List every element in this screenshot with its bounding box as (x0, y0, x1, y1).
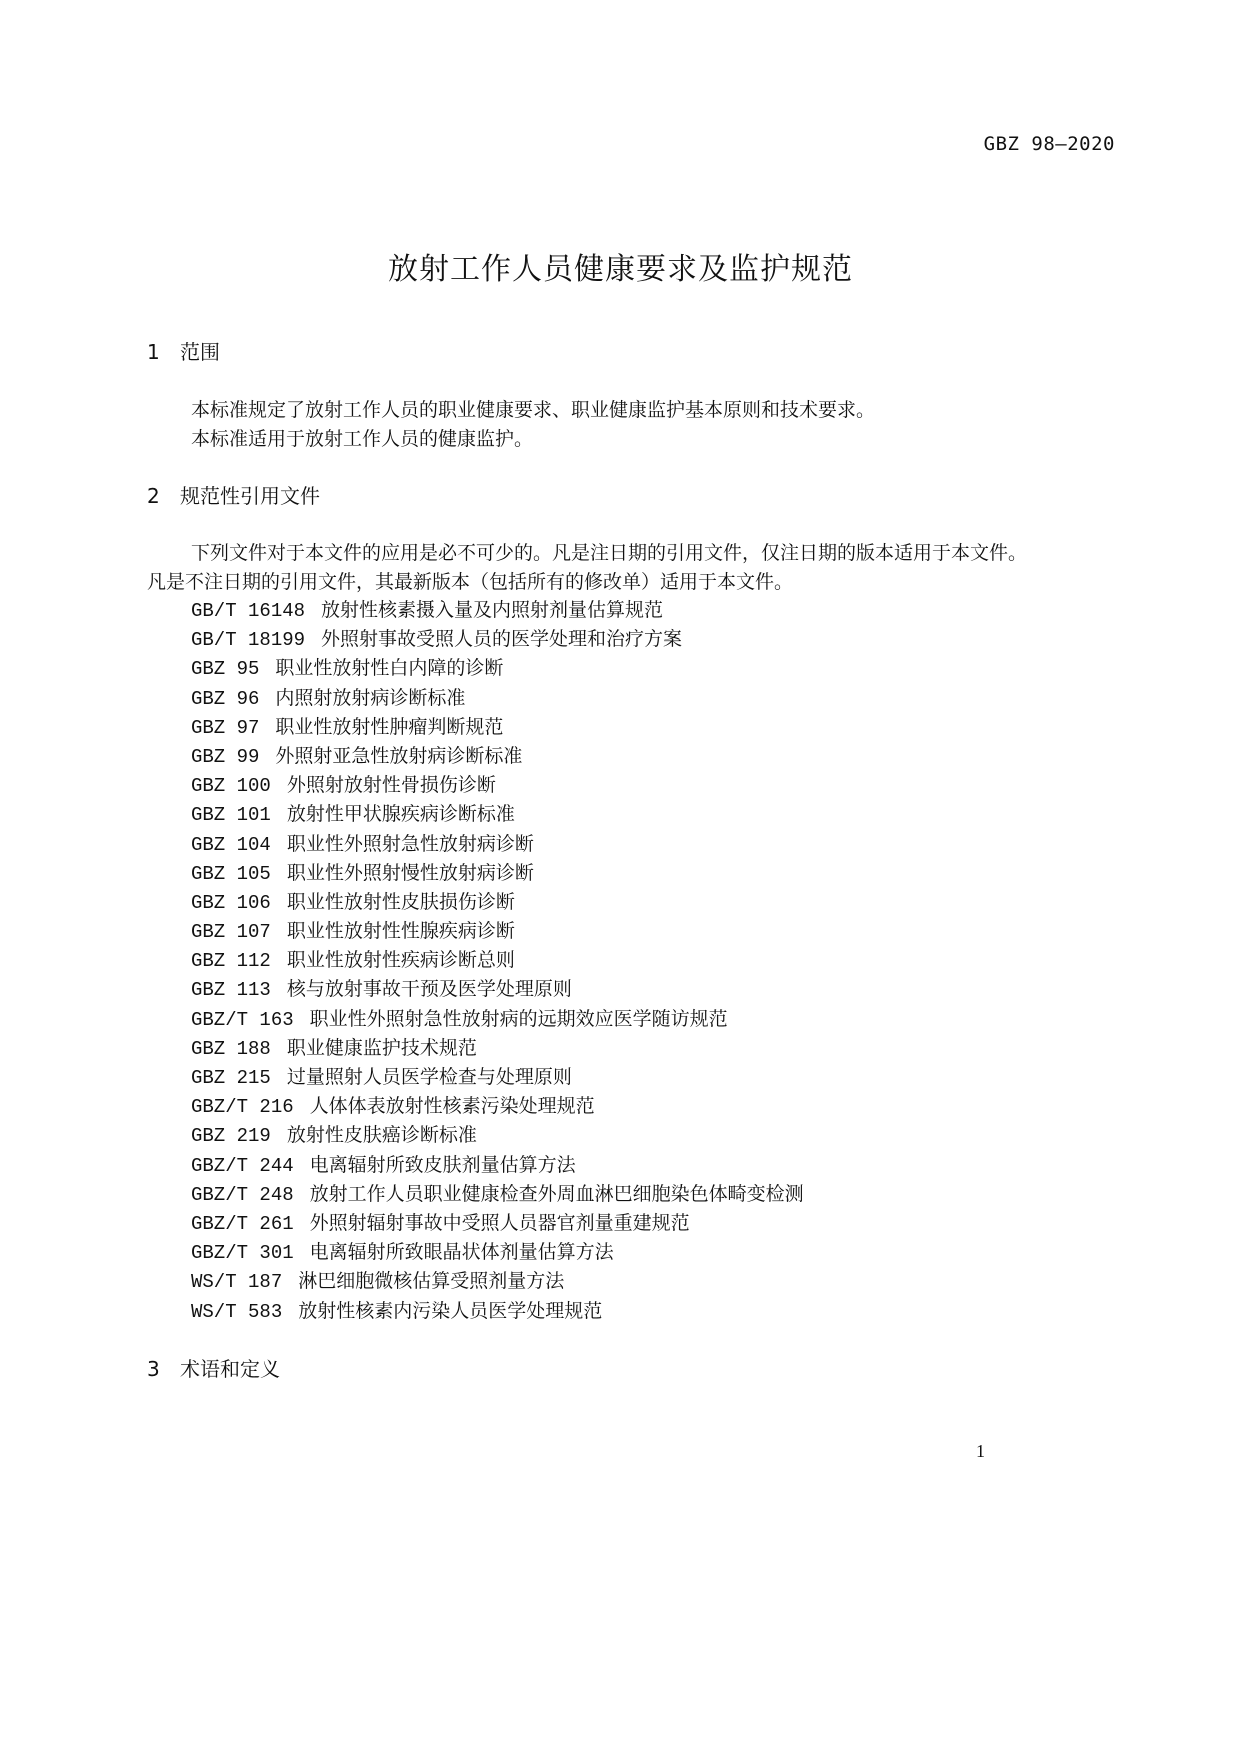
section-number: 3 (147, 1357, 180, 1381)
reference-item: GBZ 95职业性放射性白内障的诊断 (191, 654, 804, 683)
page-number: 1 (976, 1441, 985, 1462)
reference-title: 放射性核素内污染人员医学处理规范 (298, 1300, 602, 1322)
reference-code: WS/T 187 (191, 1271, 282, 1293)
reference-code: GBZ/T 163 (191, 1009, 294, 1031)
reference-code: WS/T 583 (191, 1301, 282, 1323)
document-title: 放射工作人员健康要求及监护规范 (0, 244, 1241, 288)
reference-code: GBZ 97 (191, 717, 259, 739)
reference-item: GBZ/T 261外照射辐射事故中受照人员器官剂量重建规范 (191, 1209, 804, 1238)
reference-code: GBZ/T 301 (191, 1242, 294, 1264)
reference-title: 职业性外照射急性放射病的远期效应医学随访规范 (310, 1008, 728, 1030)
reference-title: 职业性放射性肿瘤判断规范 (275, 716, 503, 738)
reference-title: 电离辐射所致皮肤剂量估算方法 (310, 1154, 576, 1176)
section-3-heading: 3术语和定义 (147, 1353, 280, 1382)
reference-code: GBZ/T 248 (191, 1184, 294, 1206)
reference-item: GBZ 96内照射放射病诊断标准 (191, 684, 804, 713)
reference-title: 职业健康监护技术规范 (287, 1037, 477, 1059)
reference-title: 职业性放射性性腺疾病诊断 (287, 920, 515, 942)
reference-code: GBZ 215 (191, 1067, 271, 1089)
reference-item: GBZ 97职业性放射性肿瘤判断规范 (191, 713, 804, 742)
reference-item: GB/T 16148放射性核素摄入量及内照射剂量估算规范 (191, 596, 804, 625)
reference-code: GBZ/T 216 (191, 1096, 294, 1118)
section-1-heading: 1范围 (147, 336, 220, 365)
reference-code: GBZ 105 (191, 863, 271, 885)
reference-code: GBZ 113 (191, 979, 271, 1001)
reference-title: 职业性放射性白内障的诊断 (275, 657, 503, 679)
reference-title: 外照射辐射事故中受照人员器官剂量重建规范 (310, 1212, 690, 1234)
reference-title: 内照射放射病诊断标准 (275, 687, 465, 709)
reference-item: GBZ/T 163职业性外照射急性放射病的远期效应医学随访规范 (191, 1005, 804, 1034)
reference-title: 过量照射人员医学检查与处理原则 (287, 1066, 572, 1088)
reference-title: 淋巴细胞微核估算受照剂量方法 (298, 1270, 564, 1292)
reference-item: GBZ 100外照射放射性骨损伤诊断 (191, 771, 804, 800)
reference-code: GBZ 107 (191, 921, 271, 943)
standard-code: GBZ 98—2020 (984, 133, 1115, 155)
section-1-paragraph-1: 本标准规定了放射工作人员的职业健康要求、职业健康监护基本原则和技术要求。 (191, 395, 875, 422)
reference-title: 职业性放射性疾病诊断总则 (287, 949, 515, 971)
reference-item: WS/T 583放射性核素内污染人员医学处理规范 (191, 1297, 804, 1326)
reference-title: 放射性核素摄入量及内照射剂量估算规范 (321, 599, 663, 621)
reference-code: GBZ 96 (191, 688, 259, 710)
section-2-paragraph-line-1: 下列文件对于本文件的应用是必不可少的。凡是注日期的引用文件，仅注日期的版本适用于… (191, 538, 1027, 565)
reference-item: GBZ 215过量照射人员医学检查与处理原则 (191, 1063, 804, 1092)
reference-code: GBZ 101 (191, 804, 271, 826)
reference-code: GBZ 219 (191, 1125, 271, 1147)
reference-title: 电离辐射所致眼晶状体剂量估算方法 (310, 1241, 614, 1263)
reference-title: 外照射事故受照人员的医学处理和治疗方案 (321, 628, 682, 650)
reference-title: 核与放射事故干预及医学处理原则 (287, 978, 572, 1000)
section-number: 2 (147, 484, 180, 508)
section-1-paragraph-2: 本标准适用于放射工作人员的健康监护。 (191, 424, 533, 451)
reference-item: GBZ 112职业性放射性疾病诊断总则 (191, 946, 804, 975)
reference-item: GBZ/T 216人体体表放射性核素污染处理规范 (191, 1092, 804, 1121)
reference-code: GBZ 99 (191, 746, 259, 768)
reference-title: 职业性放射性皮肤损伤诊断 (287, 891, 515, 913)
section-number: 1 (147, 340, 180, 364)
reference-title: 放射性甲状腺疾病诊断标准 (287, 803, 515, 825)
reference-item: GBZ 101放射性甲状腺疾病诊断标准 (191, 800, 804, 829)
reference-item: GBZ 107职业性放射性性腺疾病诊断 (191, 917, 804, 946)
reference-code: GBZ 106 (191, 892, 271, 914)
reference-code: GBZ 112 (191, 950, 271, 972)
reference-item: GBZ 219放射性皮肤癌诊断标准 (191, 1121, 804, 1150)
section-title: 规范性引用文件 (180, 484, 320, 508)
reference-title: 职业性外照射慢性放射病诊断 (287, 862, 534, 884)
reference-code: GBZ 95 (191, 658, 259, 680)
reference-code: GBZ 100 (191, 775, 271, 797)
reference-title: 放射性皮肤癌诊断标准 (287, 1124, 477, 1146)
reference-title: 人体体表放射性核素污染处理规范 (310, 1095, 595, 1117)
normative-references-list: GB/T 16148放射性核素摄入量及内照射剂量估算规范GB/T 18199外照… (191, 596, 804, 1326)
reference-item: GBZ 99外照射亚急性放射病诊断标准 (191, 742, 804, 771)
reference-code: GBZ/T 261 (191, 1213, 294, 1235)
section-2-paragraph-line-2: 凡是不注日期的引用文件，其最新版本（包括所有的修改单）适用于本文件。 (147, 567, 793, 594)
reference-code: GBZ 188 (191, 1038, 271, 1060)
reference-item: GBZ/T 244电离辐射所致皮肤剂量估算方法 (191, 1151, 804, 1180)
reference-item: WS/T 187淋巴细胞微核估算受照剂量方法 (191, 1267, 804, 1296)
reference-code: GB/T 18199 (191, 629, 305, 651)
reference-title: 放射工作人员职业健康检查外周血淋巴细胞染色体畸变检测 (310, 1183, 804, 1205)
reference-code: GBZ 104 (191, 834, 271, 856)
reference-item: GBZ/T 301电离辐射所致眼晶状体剂量估算方法 (191, 1238, 804, 1267)
section-title: 范围 (180, 340, 220, 364)
reference-title: 外照射放射性骨损伤诊断 (287, 774, 496, 796)
reference-title: 职业性外照射急性放射病诊断 (287, 833, 534, 855)
reference-item: GB/T 18199外照射事故受照人员的医学处理和治疗方案 (191, 625, 804, 654)
section-title: 术语和定义 (180, 1357, 280, 1381)
reference-code: GB/T 16148 (191, 600, 305, 622)
reference-title: 外照射亚急性放射病诊断标准 (275, 745, 522, 767)
reference-item: GBZ 106职业性放射性皮肤损伤诊断 (191, 888, 804, 917)
reference-item: GBZ 105职业性外照射慢性放射病诊断 (191, 859, 804, 888)
reference-item: GBZ 104职业性外照射急性放射病诊断 (191, 830, 804, 859)
reference-item: GBZ 113核与放射事故干预及医学处理原则 (191, 975, 804, 1004)
reference-item: GBZ/T 248放射工作人员职业健康检查外周血淋巴细胞染色体畸变检测 (191, 1180, 804, 1209)
reference-item: GBZ 188职业健康监护技术规范 (191, 1034, 804, 1063)
reference-code: GBZ/T 244 (191, 1155, 294, 1177)
section-2-heading: 2规范性引用文件 (147, 480, 320, 509)
